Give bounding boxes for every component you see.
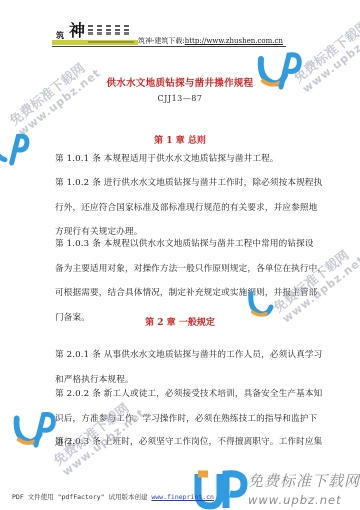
text-line: 第 1.0.2 条 进行供水水文地质钻探与凿井工作时，除必须按本规程执: [55, 171, 315, 196]
watermark-cn: 免费标准下载网: [8, 56, 96, 129]
logo-glyph-icon: [97, 25, 102, 35]
text-line: 第 1.0.1 条 本规程适用于供水水文地质钻探与凿井工程。: [55, 147, 315, 172]
site-header: 筑 神 筑神-建筑下载:http://www.zhushen.com.cn: [52, 22, 284, 46]
up-logo-icon: [0, 128, 30, 168]
header-link-url[interactable]: http://www.zhushen.com.cn: [185, 37, 283, 45]
text-line: 备为主要适用对象，对操作方法一般只作原则规定，各单位在执行中，: [55, 257, 315, 282]
footer-link[interactable]: www.fineprint.cn: [151, 493, 214, 501]
logo-bar-text: [88, 41, 134, 43]
logo-glyph-icon: [115, 25, 120, 35]
logo-glyph-icon: [124, 25, 129, 35]
article-1-0-1: 第 1.0.1 条 本规程适用于供水水文地质钻探与凿井工程。: [55, 147, 315, 172]
up-brand-text: 免费标准下载网 www.upbz.net: [248, 470, 360, 507]
up-brand-en: www.upbz.net: [248, 493, 360, 507]
logo-glyph-icon: [106, 25, 111, 35]
chapter-1-heading: 第 1 章 总则: [0, 133, 360, 146]
chapter-2-heading: 第 2 章 一般规定: [0, 315, 360, 328]
text-line: 第 2.0.1 条 从事供水水文地质钻探与凿井的工作人员，必须认真学习: [55, 343, 315, 368]
logo-glyph-icon: [88, 25, 93, 35]
logo-shen-glyph: 神: [69, 22, 85, 40]
up-logo-icon: [255, 45, 303, 93]
pdf-footer: PDF 文件使用 "pdfFactory" 试用版本创建 www.finepri…: [12, 492, 214, 501]
logo-small-glyphs: [88, 25, 129, 35]
header-divider: [52, 46, 286, 47]
logo-bar: [52, 40, 138, 45]
header-link-prefix: 筑神-建筑下载:: [138, 37, 185, 45]
text-line: 第 2.0.2 条 新工人或徒工，必须接受技术培训，具备安全生产基本知: [55, 382, 315, 407]
footer-text: PDF 文件使用 "pdfFactory" 试用版本创建: [12, 493, 151, 501]
up-logo-large-icon: [192, 470, 248, 510]
text-line: 行外，还应符合国家标准及部标准现行规范的有关要求，并应参照地: [55, 196, 315, 221]
document-page: 筑 神 筑神-建筑下载:http://www.zhushen.com.cn 供水…: [0, 0, 360, 510]
up-brand-cn: 免费标准下载网: [248, 470, 360, 491]
up-logo-icon: [8, 405, 60, 451]
up-logo-icon: [246, 282, 286, 322]
text-line: 第 1.0.3 条 本规程以供水水文地质钻探与凿井工程中常用的钻探设: [55, 232, 315, 257]
